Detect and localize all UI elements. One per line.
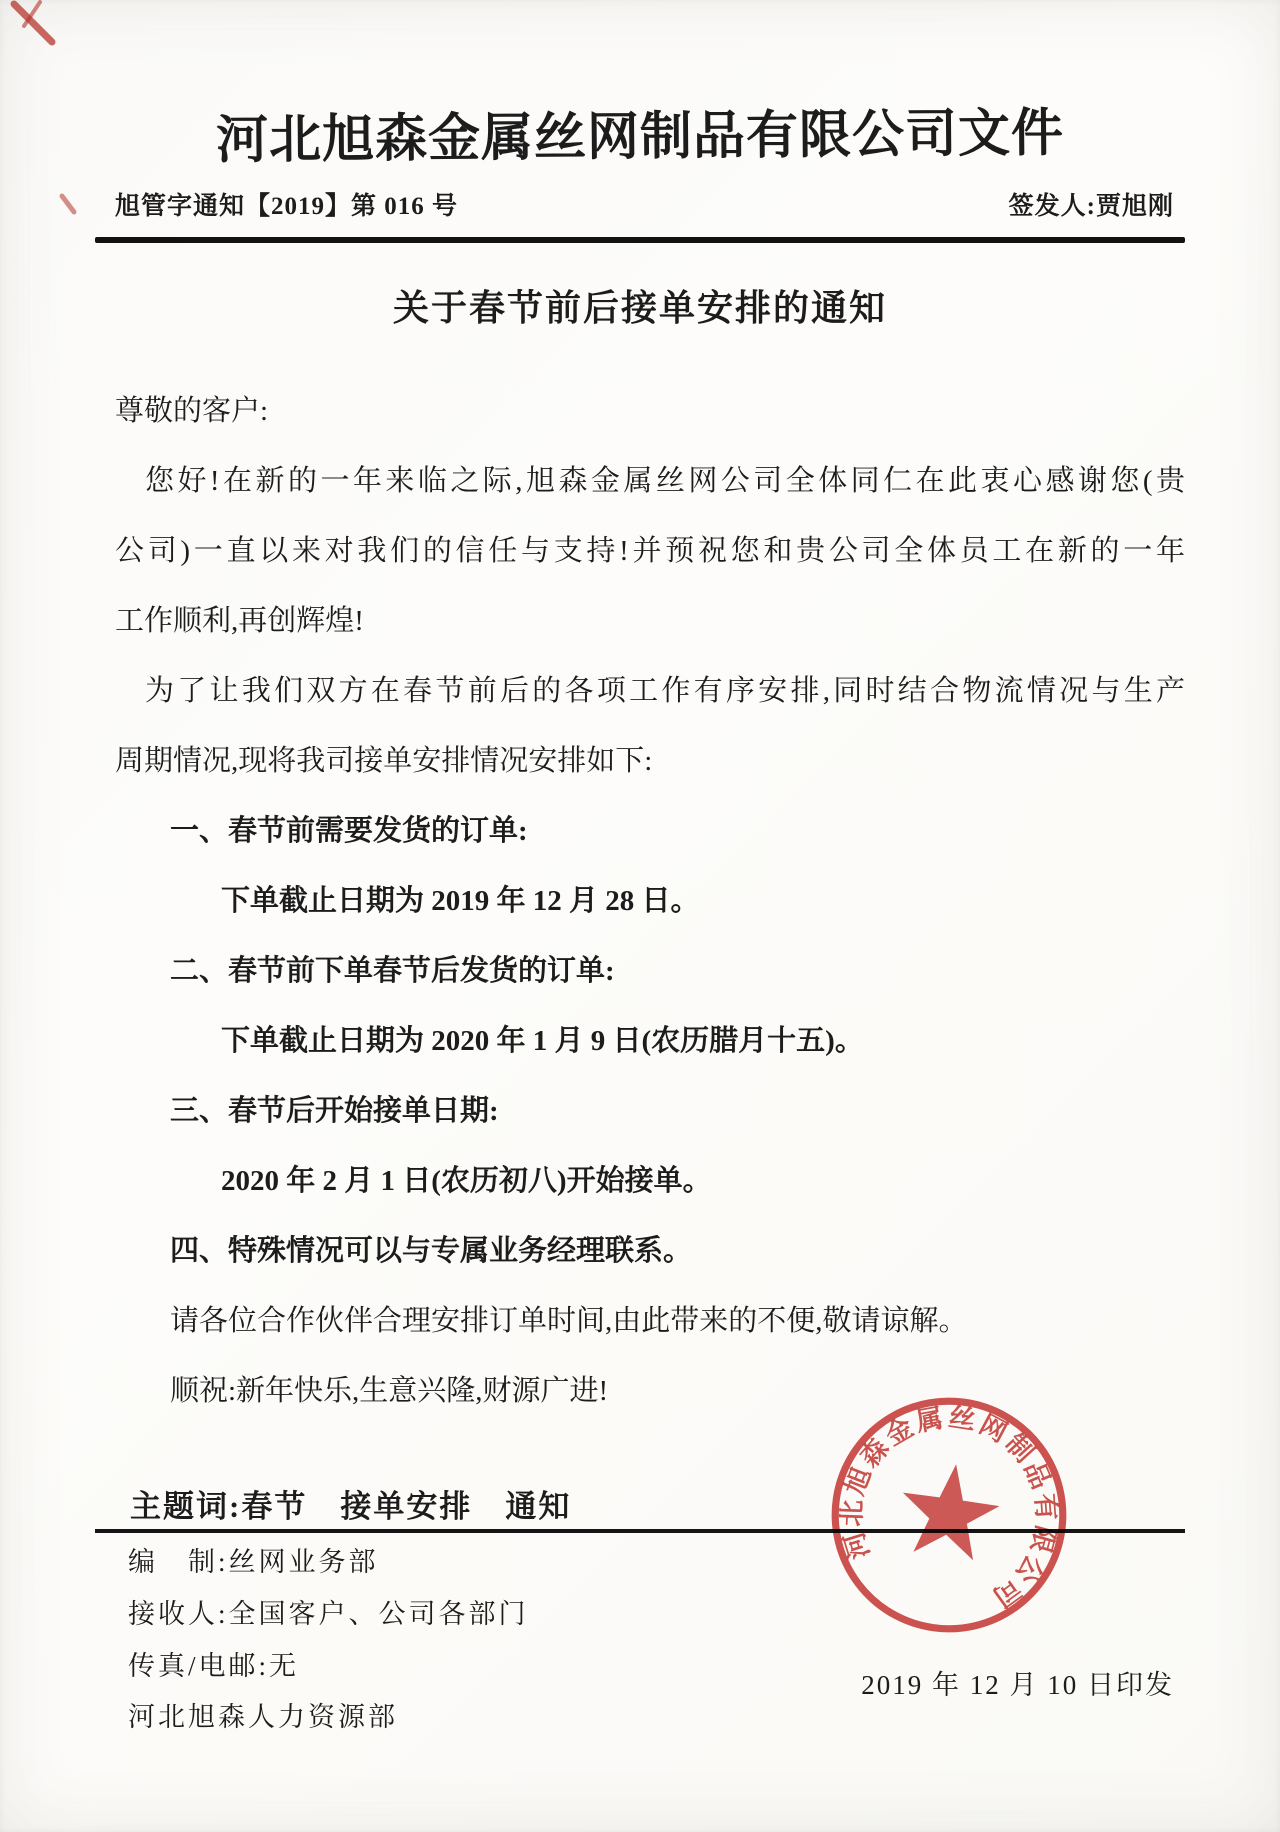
document-page: 河北旭森金属丝网制品有限公司文件 旭管字通知【2019】第 016 号 签发人:… (0, 0, 1280, 1832)
footer-editor: 编 制:丝网业务部 (128, 1545, 379, 1579)
list-item-3: 三、春节后开始接单日期: (115, 1076, 1185, 1146)
footer-divider-rule (95, 1529, 1185, 1533)
salutation: 尊敬的客户: (115, 376, 1185, 446)
list-item-2-detail: 下单截止日期为 2020 年 1 月 9 日(农历腊月十五)。 (115, 1006, 1185, 1076)
body-line: 公司)一直以来对我们的信任与支持!并预祝您和贵公司全体员工在新的一年 (115, 516, 1185, 586)
body-line: 周期情况,现将我司接单安排情况安排如下: (115, 726, 1185, 796)
body-line: 工作顺利,再创辉煌! (115, 586, 1185, 656)
list-item-1-detail: 下单截止日期为 2019 年 12 月 28 日。 (115, 866, 1185, 936)
footer-recipients: 接收人:全国客户、公司各部门 (128, 1597, 529, 1631)
closing-wishes: 顺祝:新年快乐,生意兴隆,财源广进! (115, 1356, 1185, 1426)
footer-department: 河北旭森人力资源部 (128, 1700, 398, 1734)
body-line: 为了让我们双方在春节前后的各项工作有序安排,同时结合物流情况与生产 (115, 656, 1185, 726)
list-item-4: 四、特殊情况可以与专属业务经理联系。 (115, 1216, 1185, 1286)
keywords-row: 主题词:春节 接单安排 通知 (130, 1481, 571, 1526)
company-letterhead-title: 河北旭森金属丝网制品有限公司文件 (0, 88, 1280, 174)
header-divider-rule (95, 237, 1185, 243)
footer-fax-email: 传真/电邮:无 (128, 1649, 299, 1683)
seal-star-icon (895, 1457, 1005, 1562)
document-number: 旭管字通知【2019】第 016 号 (115, 186, 458, 222)
list-item-2: 二、春节前下单春节后发货的订单: (115, 936, 1185, 1006)
notice-title: 关于春节前后接单安排的通知 (0, 280, 1280, 331)
body-line: 您好!在新的一年来临之际,旭森金属丝网公司全体同仁在此衷心感谢您(贵 (115, 446, 1185, 516)
document-meta-row: 旭管字通知【2019】第 016 号 签发人:贾旭刚 (115, 186, 1174, 222)
notice-body: 尊敬的客户: 您好!在新的一年来临之际,旭森金属丝网公司全体同仁在此衷心感谢您(… (115, 376, 1185, 1426)
list-item-3-detail: 2020 年 2 月 1 日(农历初八)开始接单。 (115, 1146, 1185, 1216)
issuer: 签发人:贾旭刚 (1009, 186, 1174, 222)
print-date: 2019 年 12 月 10 日印发 (861, 1663, 1174, 1702)
list-item-1: 一、春节前需要发货的订单: (115, 796, 1185, 866)
closing-request: 请各位合作伙伴合理安排订单时间,由此带来的不便,敬请谅解。 (115, 1286, 1185, 1356)
